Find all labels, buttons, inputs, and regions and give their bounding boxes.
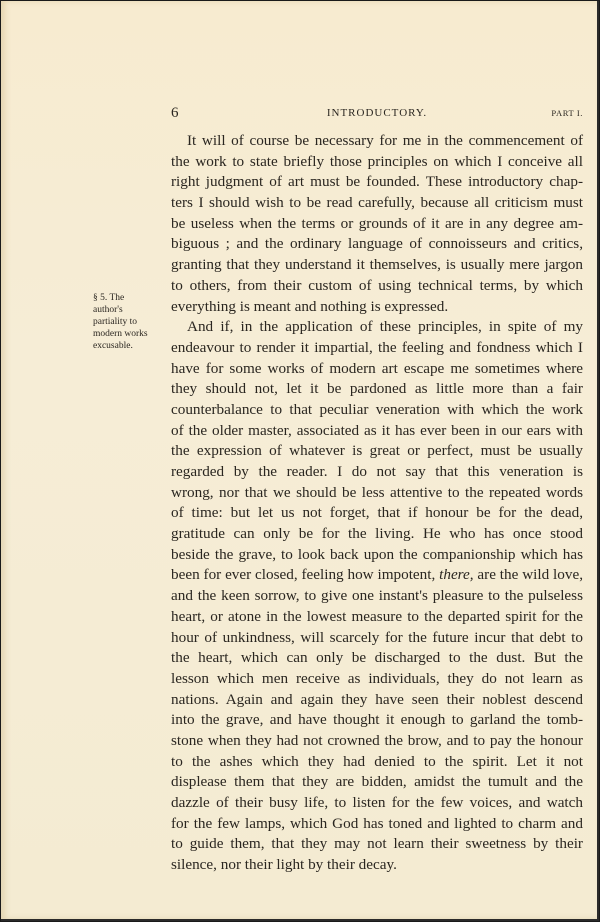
text-line: endeavour to render it impartial, the fe… bbox=[171, 338, 583, 359]
text-line: nations. Again and again they have seen … bbox=[171, 690, 583, 711]
text-line: have for some works of modern art escape… bbox=[171, 359, 583, 380]
text-line: and the keen sorrow, to give one instant… bbox=[171, 586, 583, 607]
text-line: counterbalance to that peculiar venerati… bbox=[171, 400, 583, 421]
text-line: hour of unkindness, will scarcely for th… bbox=[171, 628, 583, 649]
text-line: beside the grave, to look back upon the … bbox=[171, 545, 583, 566]
text-line: And if, in the application of these prin… bbox=[171, 317, 583, 338]
text-line: into the grave, and have thought it enou… bbox=[171, 710, 583, 731]
text-line: biguous ; and the ordinary language of c… bbox=[171, 234, 583, 255]
marginal-note-line: modern works bbox=[93, 328, 168, 340]
text-line: dazzle of their busy life, to listen for… bbox=[171, 793, 583, 814]
text-line: right judgment of art must be founded. T… bbox=[171, 172, 583, 193]
text-line: of the older master, associated as it ha… bbox=[171, 421, 583, 442]
text-line: they should not, let it be pardoned as l… bbox=[171, 379, 583, 400]
text-line: to the ashes which they had denied to th… bbox=[171, 752, 583, 773]
text-line: the heart, which can only be discharged … bbox=[171, 648, 583, 669]
section-title: INTRODUCTORY. bbox=[171, 107, 583, 119]
text-line: gratitude can only be for the living. He… bbox=[171, 524, 583, 545]
text-line: everything is meant and nothing is expre… bbox=[171, 297, 583, 318]
text-line: to others, from their custom of using te… bbox=[171, 276, 583, 297]
marginal-note-line: § 5. The bbox=[93, 292, 168, 304]
running-head: 6 INTRODUCTORY. PART I. bbox=[171, 105, 583, 123]
text-line: regarded by the reader. I do not say tha… bbox=[171, 462, 583, 483]
text-line: heart, or atone in the lowest measure to… bbox=[171, 607, 583, 628]
text-line: ters I should wish to be read carefully,… bbox=[171, 193, 583, 214]
text-line: of time: but let us not forget, that if … bbox=[171, 503, 583, 524]
body-text: It will of course be necessary for me in… bbox=[171, 131, 583, 876]
text-line: silence, nor their light by their decay. bbox=[171, 855, 583, 876]
text-line: the work to state briefly those principl… bbox=[171, 152, 583, 173]
text-fragment: are the wild love, bbox=[474, 566, 583, 583]
italic-word: there, bbox=[439, 566, 473, 583]
text-line: stone when they had not crowned the brow… bbox=[171, 731, 583, 752]
marginal-note-line: partiality to bbox=[93, 316, 168, 328]
text-line: It will of course be necessary for me in… bbox=[171, 131, 583, 152]
paragraph-1: It will of course be necessary for me in… bbox=[171, 131, 583, 317]
text-line: be useless when the terms or grounds of … bbox=[171, 214, 583, 235]
text-line: for the few lamps, which God has toned a… bbox=[171, 814, 583, 835]
book-page: 6 INTRODUCTORY. PART I. § 5. The author'… bbox=[1, 1, 599, 921]
text-line: the expression of whatever is great or p… bbox=[171, 441, 583, 462]
text-line-with-italic: been for ever closed, feeling how impote… bbox=[171, 565, 583, 586]
marginal-note: § 5. The author's partiality to modern w… bbox=[93, 292, 168, 352]
paragraph-2: And if, in the application of these prin… bbox=[171, 317, 583, 876]
text-line: to guide them, that they may not learn t… bbox=[171, 834, 583, 855]
marginal-note-line: excusable. bbox=[93, 340, 168, 352]
text-line: displease them that they are bidden, ami… bbox=[171, 772, 583, 793]
text-line: wrong, nor that we should be less attent… bbox=[171, 483, 583, 504]
part-label: PART I. bbox=[551, 108, 583, 118]
marginal-note-line: author's bbox=[93, 304, 168, 316]
text-line: lesson which men receive as individuals,… bbox=[171, 669, 583, 690]
text-fragment: been for ever closed, feeling how impote… bbox=[171, 566, 439, 583]
text-line: granting that they understand it themsel… bbox=[171, 255, 583, 276]
